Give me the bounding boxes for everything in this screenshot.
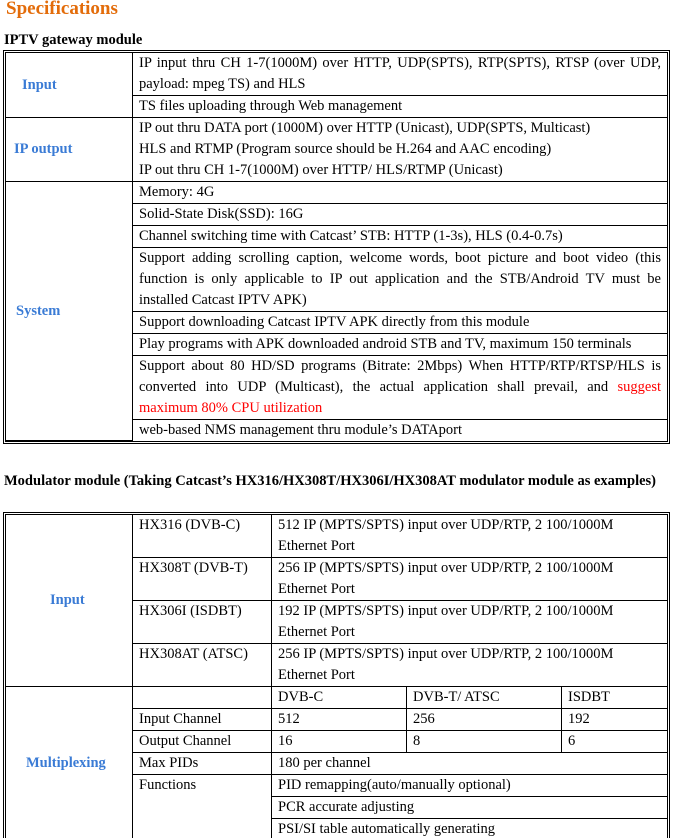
- spec-cell: Support about 80 HD/SD programs (Bitrate…: [133, 356, 667, 420]
- table-row: Input IP input thru CH 1-7(1000M) over H…: [6, 53, 667, 96]
- row-label-input: Input: [6, 515, 133, 687]
- iptv-gateway-spec-table: Input IP input thru CH 1-7(1000M) over H…: [3, 50, 670, 444]
- table-row: Multiplexing DVB-C DVB-T/ ATSC ISDBT: [6, 687, 667, 709]
- spec-line: IP out thru DATA port (1000M) over HTTP …: [139, 118, 661, 139]
- spec-cell: Memory: 4G: [133, 182, 667, 204]
- column-header: DVB-T/ ATSC: [407, 687, 562, 709]
- model-name: HX308T (DVB-T): [133, 558, 272, 601]
- value-cell: 16: [272, 731, 407, 753]
- row-header: Output Channel: [133, 731, 272, 753]
- value-cell: 6: [562, 731, 667, 753]
- modulator-spec-table: Input HX316 (DVB-C) 512 IP (MPTS/SPTS) i…: [3, 512, 670, 838]
- value-cell: 8: [407, 731, 562, 753]
- row-header: Functions: [133, 775, 272, 838]
- function-item: PSI/SI table automatically generating: [272, 819, 667, 838]
- column-header: ISDBT: [562, 687, 667, 709]
- model-name: HX316 (DVB-C): [133, 515, 272, 558]
- empty-cell: [133, 687, 272, 709]
- row-label-system: System: [6, 182, 133, 441]
- spec-cell: TS files uploading through Web managemen…: [133, 96, 667, 118]
- model-desc: 512 IP (MPTS/SPTS) input over UDP/RTP, 2…: [272, 515, 667, 558]
- row-label-multiplexing: Multiplexing: [6, 687, 133, 838]
- value-cell: 512: [272, 709, 407, 731]
- model-desc: 256 IP (MPTS/SPTS) input over UDP/RTP, 2…: [272, 644, 667, 687]
- spec-cell: Channel switching time with Catcast’ STB…: [133, 226, 667, 248]
- function-item: PCR accurate adjusting: [272, 797, 667, 819]
- spec-cell: Support adding scrolling caption, welcom…: [133, 248, 667, 312]
- spec-cell: IP input thru CH 1-7(1000M) over HTTP, U…: [133, 53, 667, 96]
- function-item: PID remapping(auto/manually optional): [272, 775, 667, 797]
- table-row: Input HX316 (DVB-C) 512 IP (MPTS/SPTS) i…: [6, 515, 667, 558]
- row-header: Input Channel: [133, 709, 272, 731]
- spec-cell: Solid-State Disk(SSD): 16G: [133, 204, 667, 226]
- table-row: System Memory: 4G: [6, 182, 667, 204]
- spec-cell: IP out thru DATA port (1000M) over HTTP …: [133, 118, 667, 182]
- column-header: DVB-C: [272, 687, 407, 709]
- spec-line: HLS and RTMP (Program source should be H…: [139, 139, 661, 160]
- page-title: Specifications: [6, 0, 118, 20]
- row-label-input: Input: [6, 53, 133, 118]
- spec-cell: Play programs with APK downloaded androi…: [133, 334, 667, 356]
- model-name: HX306I (ISDBT): [133, 601, 272, 644]
- table-row: IP output IP out thru DATA port (1000M) …: [6, 118, 667, 182]
- row-label-ip-output: IP output: [6, 118, 133, 182]
- modulator-heading: Modulator module (Taking Catcast’s HX316…: [4, 471, 669, 492]
- spec-cell: Support downloading Catcast IPTV APK dir…: [133, 312, 667, 334]
- value-cell: 256: [407, 709, 562, 731]
- value-cell: 192: [562, 709, 667, 731]
- model-name: HX308AT (ATSC): [133, 644, 272, 687]
- value-cell: 180 per channel: [272, 753, 667, 775]
- row-header: Max PIDs: [133, 753, 272, 775]
- iptv-gateway-heading: IPTV gateway module: [4, 30, 142, 51]
- spec-cell: web-based NMS management thru module’s D…: [133, 420, 667, 441]
- model-desc: 256 IP (MPTS/SPTS) input over UDP/RTP, 2…: [272, 558, 667, 601]
- spec-line: IP out thru CH 1-7(1000M) over HTTP/ HLS…: [139, 160, 661, 181]
- spec-text: Support about 80 HD/SD programs (Bitrate…: [139, 358, 661, 395]
- model-desc: 192 IP (MPTS/SPTS) input over UDP/RTP, 2…: [272, 601, 667, 644]
